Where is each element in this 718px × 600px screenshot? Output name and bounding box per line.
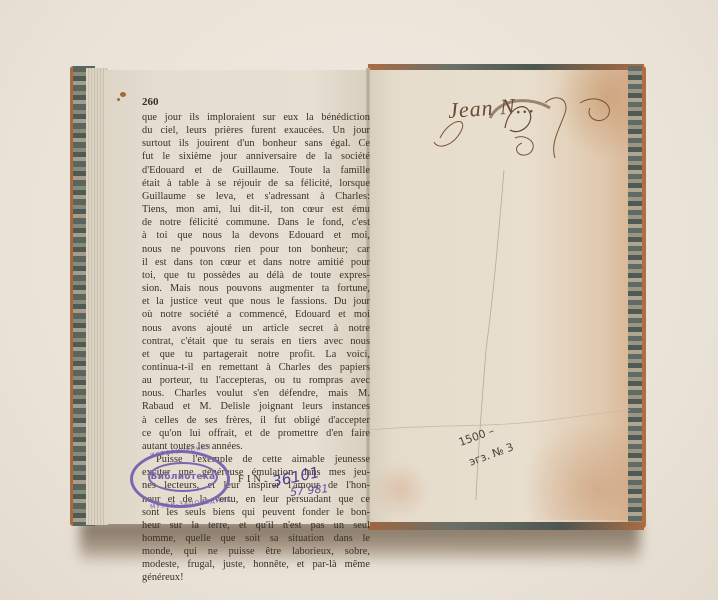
text-line: et que tu partagerait notre profit. La v… xyxy=(142,348,370,361)
library-stamp-center: Библиотека xyxy=(148,462,218,492)
text-line: Guillaume se leva, et s'adressant à Char… xyxy=(142,190,370,203)
text-line: était à table à se réjouir de sa félicit… xyxy=(142,177,370,190)
water-stain xyxy=(370,460,430,520)
text-line: du ciel, leurs prières furent exaucées. … xyxy=(142,124,370,137)
text-line: où notre société a commencé, Edouard et … xyxy=(142,308,370,321)
text-line: à celles de ses frères, il fut obligé d'… xyxy=(142,414,370,427)
text-line: contrat, c'était que tu serais en tiers … xyxy=(142,335,370,348)
foxing-spot xyxy=(120,92,126,97)
text-line: Tiens, mon ami, lui dit-il, ton cœur est… xyxy=(142,203,370,216)
text-line: nous ne pouvons rien pour ton bonheur; c… xyxy=(142,243,370,256)
text-line: au porteur, tu l'accepteras, ou tu rompr… xyxy=(142,374,370,387)
text-line: toi, que tu possèdes au délà de toute ex… xyxy=(142,269,370,282)
text-line: il est dans ton cœur et dans notre amiti… xyxy=(142,256,370,269)
paper-crease xyxy=(370,402,630,442)
text-line: généreux! xyxy=(142,571,370,584)
text-line: homme, quelle que soit sa situation dans… xyxy=(142,532,370,545)
right-cover-bottom-edge xyxy=(368,522,644,530)
text-line: Rabaud et M. Delisle joignant leurs inst… xyxy=(142,400,370,413)
text-line: nous. Charles voulut s'en défendre, mais… xyxy=(142,387,370,400)
text-line: monde, qui ne puisse être laborieux, sob… xyxy=(142,545,370,558)
text-line: surtout ils jouirent d'un bonheur sans é… xyxy=(142,137,370,150)
text-line: de notre félicité commune. Dans le fond,… xyxy=(142,216,370,229)
page-number: 260 xyxy=(142,96,159,108)
text-line: et la justice veut que nous le fassions.… xyxy=(142,295,370,308)
text-line: continua-t-il en remettant à Charles des… xyxy=(142,361,370,374)
text-line: modeste, frugal, juste, honnête, et par-… xyxy=(142,558,370,571)
right-cover-edge xyxy=(628,66,646,528)
page-body-text: que jour ils imploraient sur eux la béné… xyxy=(142,111,370,585)
text-line: sion. Mais nous pouvons augmenter ta for… xyxy=(142,282,370,295)
text-line: fut le sixième jour anniversaire de la s… xyxy=(142,150,370,163)
text-line: d'Edouard et de Guillaume. Toute la fami… xyxy=(142,164,370,177)
text-line: heur sur la terre, et qu'il n'est pas un… xyxy=(142,519,370,532)
foxing-spot xyxy=(117,98,120,101)
text-line: ce qu'on lui offrait, et de promettre d'… xyxy=(142,427,370,440)
text-line: que jour ils imploraient sur eux la béné… xyxy=(142,111,370,124)
text-line: à toi que nous la devons Edouard et moi, xyxy=(142,229,370,242)
end-mark: FIN. xyxy=(238,474,270,485)
text-line: nous avons ajouté un article secret à no… xyxy=(142,322,370,335)
stamp-label: Библиотека xyxy=(150,472,215,482)
